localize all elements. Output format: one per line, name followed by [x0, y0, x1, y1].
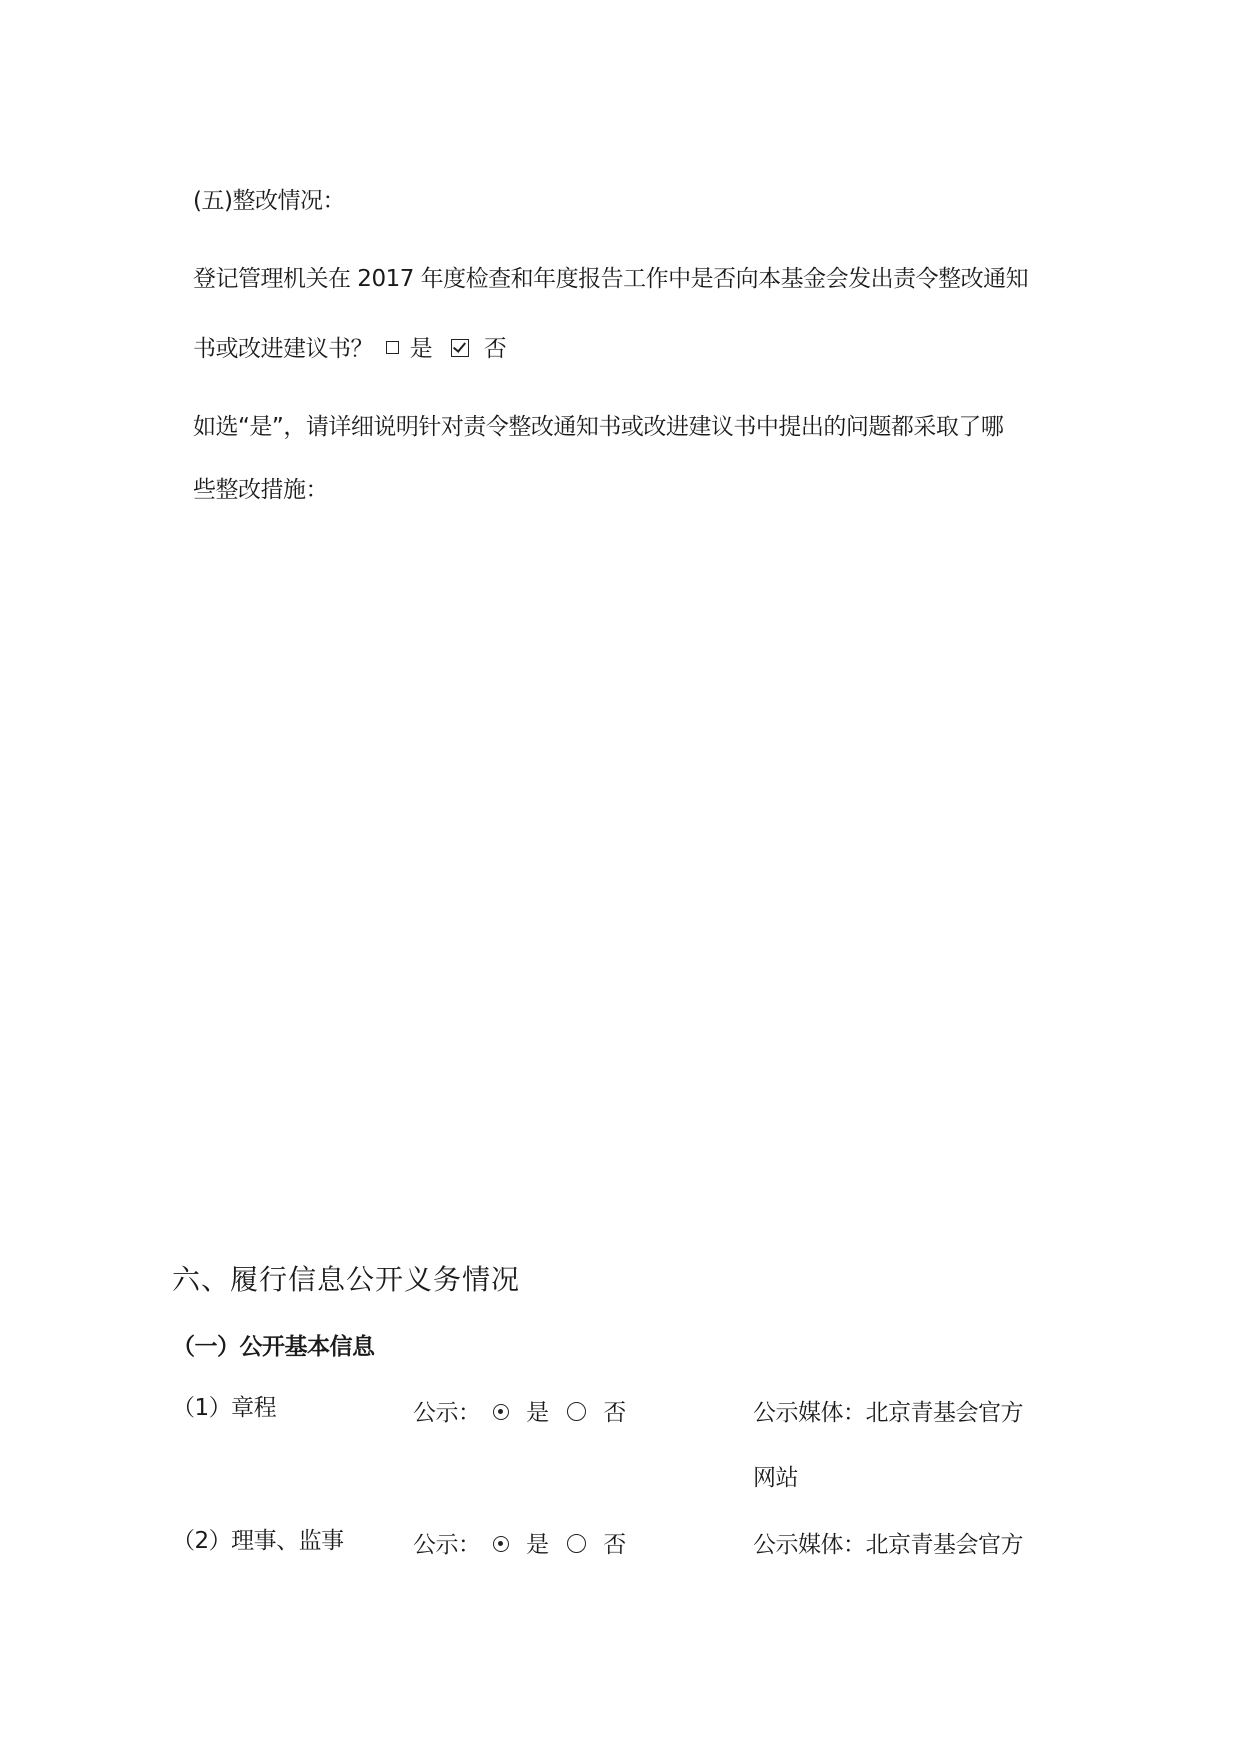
followup-line-2: 些整改措施： — [193, 475, 328, 505]
item-2-yes-label: 是 — [526, 1532, 549, 1558]
item-2-media-value: 北京青基会官方 — [866, 1532, 1024, 1558]
radio-yes-selected-icon[interactable] — [493, 1404, 509, 1420]
item-2-label: （2）理事、监事 — [172, 1526, 344, 1556]
item-2-disclose-label: 公示： — [413, 1532, 481, 1558]
item-2-disclose: 公示： 是 否 — [413, 1530, 626, 1560]
item-2-no-label: 否 — [603, 1532, 626, 1558]
item-1-no-label: 否 — [603, 1400, 626, 1426]
item-2-media: 公示媒体：北京青基会官方 — [753, 1530, 1023, 1560]
item-1-media-value-line-2: 网站 — [753, 1463, 798, 1493]
section6-subheading: （一）公开基本信息 — [172, 1332, 375, 1362]
item-1-media-label: 公示媒体： — [753, 1400, 866, 1426]
followup-line-1: 如选“是”，请详细说明针对责令整改通知书或改进建议书中提出的问题都采取了哪 — [193, 412, 1003, 442]
checkbox-yes-unchecked-icon[interactable] — [386, 341, 399, 354]
question-line-2-text: 书或改进建议书？ — [193, 336, 373, 362]
question-line-1: 登记管理机关在 2017 年度检查和年度报告工作中是否向本基金会发出责令整改通知 — [193, 264, 1028, 294]
item-1-disclose: 公示： 是 否 — [413, 1398, 626, 1428]
checkbox-no-checked-icon[interactable] — [451, 339, 469, 357]
item-1-disclose-label: 公示： — [413, 1400, 481, 1426]
section6-heading: 六、履行信息公开义务情况 — [172, 1262, 520, 1298]
question-line-2: 书或改进建议书？ 是 否 — [193, 334, 506, 364]
item-2-media-label: 公示媒体： — [753, 1532, 866, 1558]
document-page: (五)整改情况： 登记管理机关在 2017 年度检查和年度报告工作中是否向本基金… — [0, 0, 1240, 1753]
radio-yes-selected-icon[interactable] — [493, 1536, 509, 1552]
option-yes-label: 是 — [410, 336, 433, 362]
item-1-label: （1）章程 — [172, 1393, 276, 1423]
radio-no-unselected-icon[interactable] — [567, 1534, 586, 1553]
section5-heading: (五)整改情况： — [193, 186, 345, 216]
item-1-media: 公示媒体：北京青基会官方 — [753, 1398, 1023, 1428]
item-1-media-value: 北京青基会官方 — [866, 1400, 1024, 1426]
option-no-label: 否 — [484, 336, 507, 362]
item-1-yes-label: 是 — [526, 1400, 549, 1426]
radio-no-unselected-icon[interactable] — [567, 1402, 586, 1421]
